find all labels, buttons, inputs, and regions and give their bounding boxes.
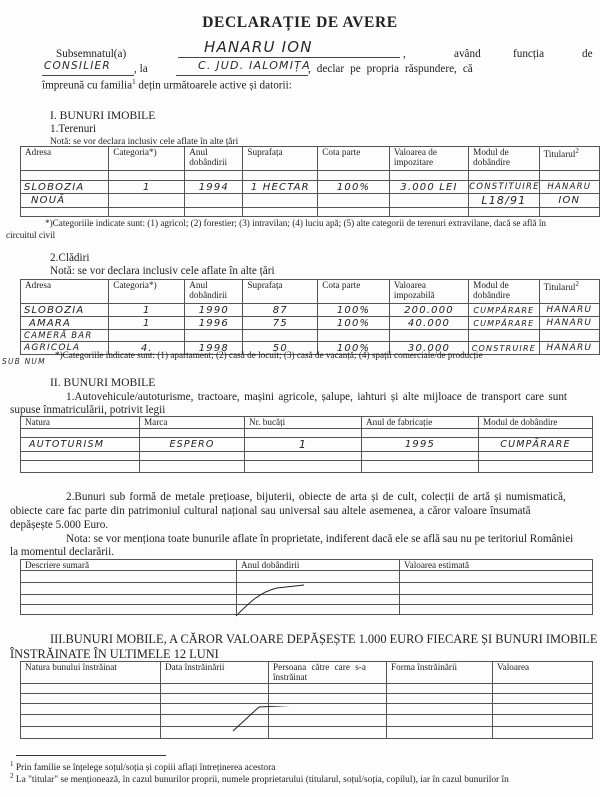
- footnote-ref-2: 2: [575, 147, 579, 155]
- table-cell[interactable]: [21, 704, 161, 715]
- col-header: Valoarea de impozitare: [389, 147, 468, 171]
- table-cell[interactable]: 1: [109, 304, 185, 317]
- table-cell[interactable]: AMARA: [21, 317, 109, 330]
- table-cell[interactable]: [21, 595, 237, 605]
- table-row: AMARA 1 1996 75 100% 40.000 CUMPĂRARE HA…: [21, 317, 600, 330]
- table-cell[interactable]: CUMPĂRARE: [469, 304, 539, 317]
- table-cell[interactable]: [387, 727, 493, 739]
- col-header: Data înstrăinării: [161, 662, 269, 684]
- table-cell[interactable]: ION: [539, 194, 599, 208]
- vehicule-table: Natura Marca Nr. bucăți Anul de fabricaț…: [20, 416, 593, 473]
- table-cell[interactable]: 100%: [318, 304, 390, 317]
- label-de: de: [582, 48, 593, 60]
- vehicule-text-1: 1.Autovehicule/autoturisme, tractoare, m…: [66, 391, 567, 403]
- table-cell[interactable]: 1996: [185, 317, 243, 330]
- col-header: Suprafața: [243, 280, 318, 304]
- table-cell[interactable]: HANARU: [539, 317, 599, 330]
- table-header-row: Natura Marca Nr. bucăți Anul de fabricaț…: [21, 417, 593, 429]
- table-cell[interactable]: [245, 452, 362, 461]
- table-header-row: Descriere sumară Anul dobândirii Valoare…: [21, 560, 593, 571]
- table-header-row: Adresa Categoria*) Anul dobândirii Supra…: [21, 147, 600, 171]
- table-cell[interactable]: 1994: [185, 181, 243, 194]
- col-header: Anul de fabricație: [362, 417, 479, 429]
- bunuri-text-3: depășește 5.000 Euro.: [10, 519, 108, 531]
- table-cell[interactable]: CONSTITUIRE: [469, 181, 539, 194]
- col-header: Forma înstrăinării: [387, 662, 493, 684]
- table-cell[interactable]: 200.000: [389, 304, 468, 317]
- strikethrough-mark: [225, 706, 325, 732]
- table-cell[interactable]: [185, 171, 243, 181]
- section-3-heading-1: III.BUNURI MOBILE, A CĂROR VALOARE DEPĂȘ…: [50, 632, 598, 647]
- table-cell[interactable]: [400, 571, 593, 583]
- table-cell[interactable]: [21, 461, 140, 473]
- table-cell[interactable]: [21, 452, 140, 461]
- label-functia: funcția: [513, 48, 544, 60]
- table-cell[interactable]: 1995: [362, 438, 479, 452]
- table-cell[interactable]: [21, 429, 140, 438]
- table-row: [21, 571, 593, 583]
- table-cell[interactable]: [362, 461, 479, 473]
- table-cell[interactable]: [318, 171, 390, 181]
- col-header: Anul dobândirii: [237, 560, 400, 571]
- table-cell[interactable]: [185, 330, 243, 342]
- table-cell[interactable]: [389, 208, 468, 217]
- document-title: DECLARAȚIE DE AVERE: [0, 14, 600, 32]
- vehicule-text-2: supuse înmatriculării, potrivit legii: [10, 404, 165, 416]
- table-cell[interactable]: CAMERĂ BAR: [21, 330, 109, 342]
- col-header: Natura bunului înstrăinat: [21, 662, 161, 684]
- table-cell[interactable]: [21, 571, 237, 583]
- table-row: [21, 694, 593, 704]
- table-cell[interactable]: [161, 694, 269, 704]
- table-cell[interactable]: [185, 208, 243, 217]
- col-header: Modul de dobândire: [479, 417, 593, 429]
- table-cell[interactable]: [493, 684, 593, 694]
- intro-familia: împreună cu familia: [42, 80, 132, 92]
- table-cell[interactable]: [539, 208, 599, 217]
- position-field[interactable]: CONSILIER: [42, 59, 134, 76]
- table-cell[interactable]: CUMPĂRARE: [479, 438, 593, 452]
- col-header: Modul de dobândire: [469, 280, 539, 304]
- table-cell[interactable]: [493, 704, 593, 715]
- table-cell[interactable]: AUTOTURISM: [21, 438, 140, 452]
- table-cell[interactable]: [469, 330, 539, 342]
- table-cell[interactable]: [237, 571, 400, 583]
- name-field[interactable]: HANARU ION: [178, 38, 400, 58]
- institution-value: C. JUD. IALOMIȚA: [198, 59, 311, 72]
- table-cell[interactable]: [21, 605, 237, 615]
- table-cell[interactable]: [185, 194, 243, 208]
- bunuri-note-1: Nota: se vor menționa toate bunurile afl…: [66, 533, 573, 545]
- table-cell[interactable]: [269, 694, 387, 704]
- col-header: Descriere sumară: [21, 560, 237, 571]
- table-cell[interactable]: [21, 583, 237, 595]
- table-cell[interactable]: [318, 194, 390, 208]
- table-cell[interactable]: [109, 194, 185, 208]
- table-cell[interactable]: [243, 208, 318, 217]
- col-header: Valoarea: [493, 662, 593, 684]
- table-cell[interactable]: [21, 171, 109, 181]
- table-cell[interactable]: CUMPĂRARE: [469, 317, 539, 330]
- table-cell[interactable]: [389, 171, 468, 181]
- table-cell[interactable]: [493, 694, 593, 704]
- table-cell[interactable]: 40.000: [389, 317, 468, 330]
- col-header: Categoria*): [109, 280, 185, 304]
- table-cell[interactable]: SLOBOZIA: [21, 304, 109, 317]
- table-row: [21, 452, 593, 461]
- table-cell[interactable]: 1990: [185, 304, 243, 317]
- col-header: Valoarea impozabilă: [389, 280, 468, 304]
- table-row: SLOBOZIA 1 1994 1 HECTAR 100% 3.000 LEI …: [21, 181, 600, 194]
- col-header: Titularul2: [539, 147, 599, 171]
- titular-label: Titularul: [544, 282, 576, 292]
- table-cell[interactable]: [318, 330, 390, 342]
- table-cell[interactable]: [493, 715, 593, 727]
- table-cell[interactable]: HANARU: [539, 342, 599, 355]
- col-header: Adresa: [21, 147, 109, 171]
- bunuri-note-2: la momentul declarării.: [10, 546, 114, 558]
- col-header: Categoria*): [109, 147, 185, 171]
- table-cell[interactable]: 1: [109, 317, 185, 330]
- section-1-heading: I. BUNURI IMOBILE: [50, 109, 155, 122]
- name-value: HANARU ION: [204, 38, 313, 56]
- section-2-heading: II. BUNURI MOBILE: [50, 376, 155, 389]
- cladiri-heading: 2.Clădiri: [50, 252, 89, 264]
- table-cell[interactable]: 3.000 LEI: [389, 181, 468, 194]
- table-cell[interactable]: ESPERO: [140, 438, 245, 452]
- terenuri-heading: 1.Terenuri: [50, 123, 96, 135]
- cladiri-note: Notă: se vor declara inclusiv cele aflat…: [50, 265, 275, 277]
- col-header: Cota parte: [318, 280, 390, 304]
- col-header: Cota parte: [318, 147, 390, 171]
- table-cell[interactable]: [245, 429, 362, 438]
- table-row: AUTOTURISM ESPERO 1 1995 CUMPĂRARE: [21, 438, 593, 452]
- table-cell[interactable]: [318, 208, 390, 217]
- col-header: Adresa: [21, 280, 109, 304]
- table-cell[interactable]: 1: [109, 181, 185, 194]
- table-cell[interactable]: [493, 727, 593, 739]
- table-cell[interactable]: [245, 461, 362, 473]
- table-cell[interactable]: 87: [243, 304, 318, 317]
- col-header: Modul de dobândire: [469, 147, 539, 171]
- table-cell[interactable]: [479, 461, 593, 473]
- table-cell[interactable]: [387, 684, 493, 694]
- intro-rest: dețin următoarele active și datorii:: [136, 80, 292, 92]
- table-cell[interactable]: [109, 208, 185, 217]
- footnote-2: 2 La "titular" se menționează, în cazul …: [10, 772, 509, 785]
- table-cell[interactable]: 75: [243, 317, 318, 330]
- col-header: Titularul2: [539, 280, 599, 304]
- table-cell[interactable]: [21, 208, 109, 217]
- table-cell[interactable]: [243, 330, 318, 342]
- table-cell[interactable]: [140, 452, 245, 461]
- table-cell[interactable]: [469, 171, 539, 181]
- table-cell[interactable]: [479, 429, 593, 438]
- table-cell[interactable]: 1: [245, 438, 362, 452]
- table-cell[interactable]: SLOBOZIA: [21, 181, 109, 194]
- table-cell[interactable]: [362, 452, 479, 461]
- label-la: , la: [134, 63, 148, 75]
- footnote-divider: [16, 755, 166, 756]
- col-header: Valoarea estimată: [400, 560, 593, 571]
- table-cell[interactable]: [161, 684, 269, 694]
- col-header: Anul dobândirii: [185, 280, 243, 304]
- table-cell[interactable]: [479, 452, 593, 461]
- intro-line3: împreună cu familia1 dețin următoarele a…: [42, 78, 292, 92]
- bunuri-text-1: 2.Bunuri sub formă de metale prețioase, …: [66, 491, 566, 503]
- bunuri-text-2: obiecte care fac parte din patrimoniul c…: [10, 505, 531, 517]
- table-cell[interactable]: [539, 330, 599, 342]
- table-row: NOUĂ L18/91 ION: [21, 194, 600, 208]
- table-cell[interactable]: [362, 429, 479, 438]
- table-cell[interactable]: [243, 171, 318, 181]
- table-cell[interactable]: [21, 727, 161, 739]
- table-row: [21, 429, 593, 438]
- col-header: Nr. bucăți: [245, 417, 362, 429]
- table-cell[interactable]: L18/91: [469, 194, 539, 208]
- col-header: Persoana către care s-a înstrăinat: [269, 662, 387, 684]
- table-cell[interactable]: [21, 694, 161, 704]
- label-avand: având: [454, 48, 481, 60]
- col-header: Anul dobândirii: [185, 147, 243, 171]
- table-cell[interactable]: [140, 429, 245, 438]
- footnote-text: La "titular" se menționează, în cazul bu…: [14, 775, 509, 785]
- label-declar: , declar pe propria răspundere, că: [308, 63, 473, 75]
- table-cell[interactable]: NOUĂ: [21, 194, 109, 208]
- titular-label: Titularul: [544, 149, 576, 159]
- table-header-row: Adresa Categoria*) Anul dobândirii Supra…: [21, 280, 600, 304]
- table-row: CAMERĂ BAR: [21, 330, 600, 342]
- table-cell[interactable]: [109, 330, 185, 342]
- institution-field[interactable]: C. JUD. IALOMIȚA: [176, 59, 308, 76]
- cladiri-footnote: *)Categoriile indicate sunt: (1) apartam…: [55, 350, 483, 360]
- table-cell[interactable]: [21, 715, 161, 727]
- table-cell[interactable]: [269, 684, 387, 694]
- table-cell[interactable]: [140, 461, 245, 473]
- table-cell[interactable]: [389, 194, 468, 208]
- table-cell[interactable]: HANARU: [539, 304, 599, 317]
- footnote-ref-2: 2: [575, 280, 579, 288]
- terenuri-table: Adresa Categoria*) Anul dobândirii Supra…: [20, 146, 600, 217]
- table-cell[interactable]: [21, 684, 161, 694]
- cladiri-table: Adresa Categoria*) Anul dobândirii Supra…: [20, 279, 600, 355]
- table-cell[interactable]: [389, 330, 468, 342]
- table-cell[interactable]: 100%: [318, 317, 390, 330]
- section-3-heading-2: ÎNSTRĂINATE ÎN ULTIMELE 12 LUNI: [10, 647, 219, 662]
- margin-note: SUB NUM: [2, 357, 46, 366]
- table-cell[interactable]: [243, 194, 318, 208]
- table-cell[interactable]: 100%: [318, 181, 390, 194]
- terenuri-footnote-1: *)Categoriile indicate sunt: (1) agricol…: [45, 218, 546, 228]
- table-cell[interactable]: [109, 171, 185, 181]
- col-header: Natura: [21, 417, 140, 429]
- table-cell[interactable]: [400, 605, 593, 615]
- terenuri-footnote-2: circuitul civil: [6, 230, 55, 240]
- table-cell[interactable]: HANARU: [539, 181, 599, 194]
- table-cell[interactable]: 1 HECTAR: [243, 181, 318, 194]
- table-cell[interactable]: [400, 583, 593, 595]
- strikethrough-mark: [230, 582, 310, 618]
- table-header-row: Natura bunului înstrăinat Data înstrăină…: [21, 662, 593, 684]
- position-value: CONSILIER: [44, 60, 111, 72]
- table-cell[interactable]: [387, 715, 493, 727]
- table-cell[interactable]: [539, 171, 599, 181]
- table-cell[interactable]: [387, 704, 493, 715]
- table-cell[interactable]: [387, 694, 493, 704]
- col-header: Suprafața: [243, 147, 318, 171]
- col-header: Marca: [140, 417, 245, 429]
- table-row: [21, 684, 593, 694]
- table-row: [21, 461, 593, 473]
- table-cell[interactable]: [469, 208, 539, 217]
- table-cell[interactable]: [400, 595, 593, 605]
- table-row: SLOBOZIA 1 1990 87 100% 200.000 CUMPĂRAR…: [21, 304, 600, 317]
